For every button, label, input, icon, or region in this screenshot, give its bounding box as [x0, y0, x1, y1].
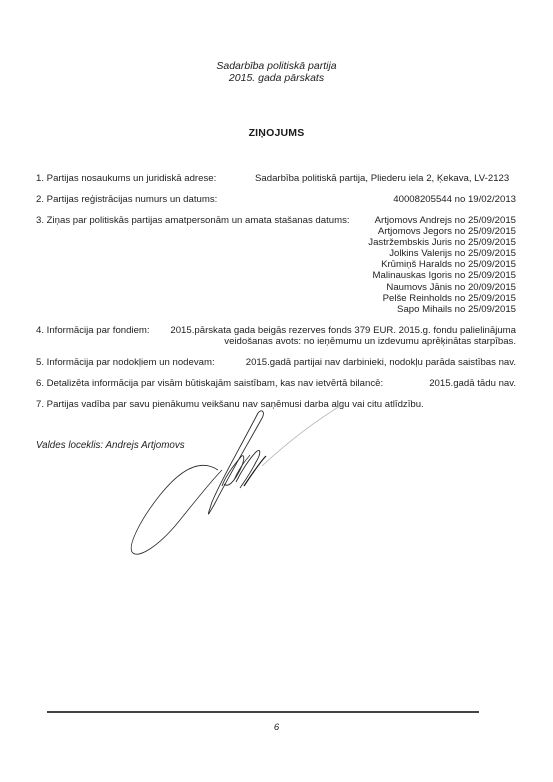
item-6-label: 6. Detalizēta informācija par visām būti… [36, 378, 383, 389]
item-4-value-line2: veidošanas avots: no ieņēmumu un izdevum… [224, 336, 516, 347]
official-entry: Sapo Mihails no 25/09/2015 [368, 304, 516, 315]
official-entry: Artjomovs Andrejs no 25/09/2015 [368, 215, 516, 226]
item-5-label: 5. Informācija par nodokļiem un nodevam: [36, 357, 215, 368]
official-entry: Jolkins Valerijs no 25/09/2015 [368, 248, 516, 259]
officials-list: Artjomovs Andrejs no 25/09/2015 Artjomov… [368, 215, 516, 315]
header-report-year: 2015. gada pārskats [0, 72, 553, 84]
header-party-name: Sadarbība politiskā partija [0, 60, 553, 72]
signatory-label: Valdes loceklis: Andrejs Artjomovs [36, 440, 185, 451]
footer-rule [47, 711, 479, 713]
item-6-value: 2015.gadā tādu nav. [429, 378, 516, 389]
item-1-value: Sadarbība politiskā partija, Pliederu ie… [255, 173, 509, 184]
item-5-value: 2015.gadā partijai nav darbinieki, nodok… [246, 357, 516, 368]
official-entry: Krūmiņš Haralds no 25/09/2015 [368, 259, 516, 270]
item-1-label: 1. Partijas nosaukums un juridiskā adres… [36, 173, 216, 184]
official-entry: Pelše Reinholds no 25/09/2015 [368, 293, 516, 304]
item-4-label: 4. Informācija par fondiem: [36, 325, 150, 336]
item-2-value: 40008205544 no 19/02/2013 [393, 194, 516, 205]
document-title: ZIŅOJUMS [0, 127, 553, 139]
page-number: 6 [0, 722, 553, 733]
official-entry: Jastržembskis Juris no 25/09/2015 [368, 237, 516, 248]
item-7-text: 7. Partijas vadība par savu pienākumu ve… [36, 399, 424, 410]
handwritten-signature [0, 0, 553, 782]
item-2-label: 2. Partijas reģistrācijas numurs un datu… [36, 194, 217, 205]
official-entry: Artjomovs Jegors no 25/09/2015 [368, 226, 516, 237]
official-entry: Naumovs Jānis no 20/09/2015 [368, 282, 516, 293]
official-entry: Malinauskas Igoris no 25/09/2015 [368, 270, 516, 281]
item-4-value-line1: 2015.pārskata gada beigās rezerves fonds… [170, 325, 516, 336]
item-3-label: 3. Ziņas par politiskās partijas amatper… [36, 215, 350, 226]
